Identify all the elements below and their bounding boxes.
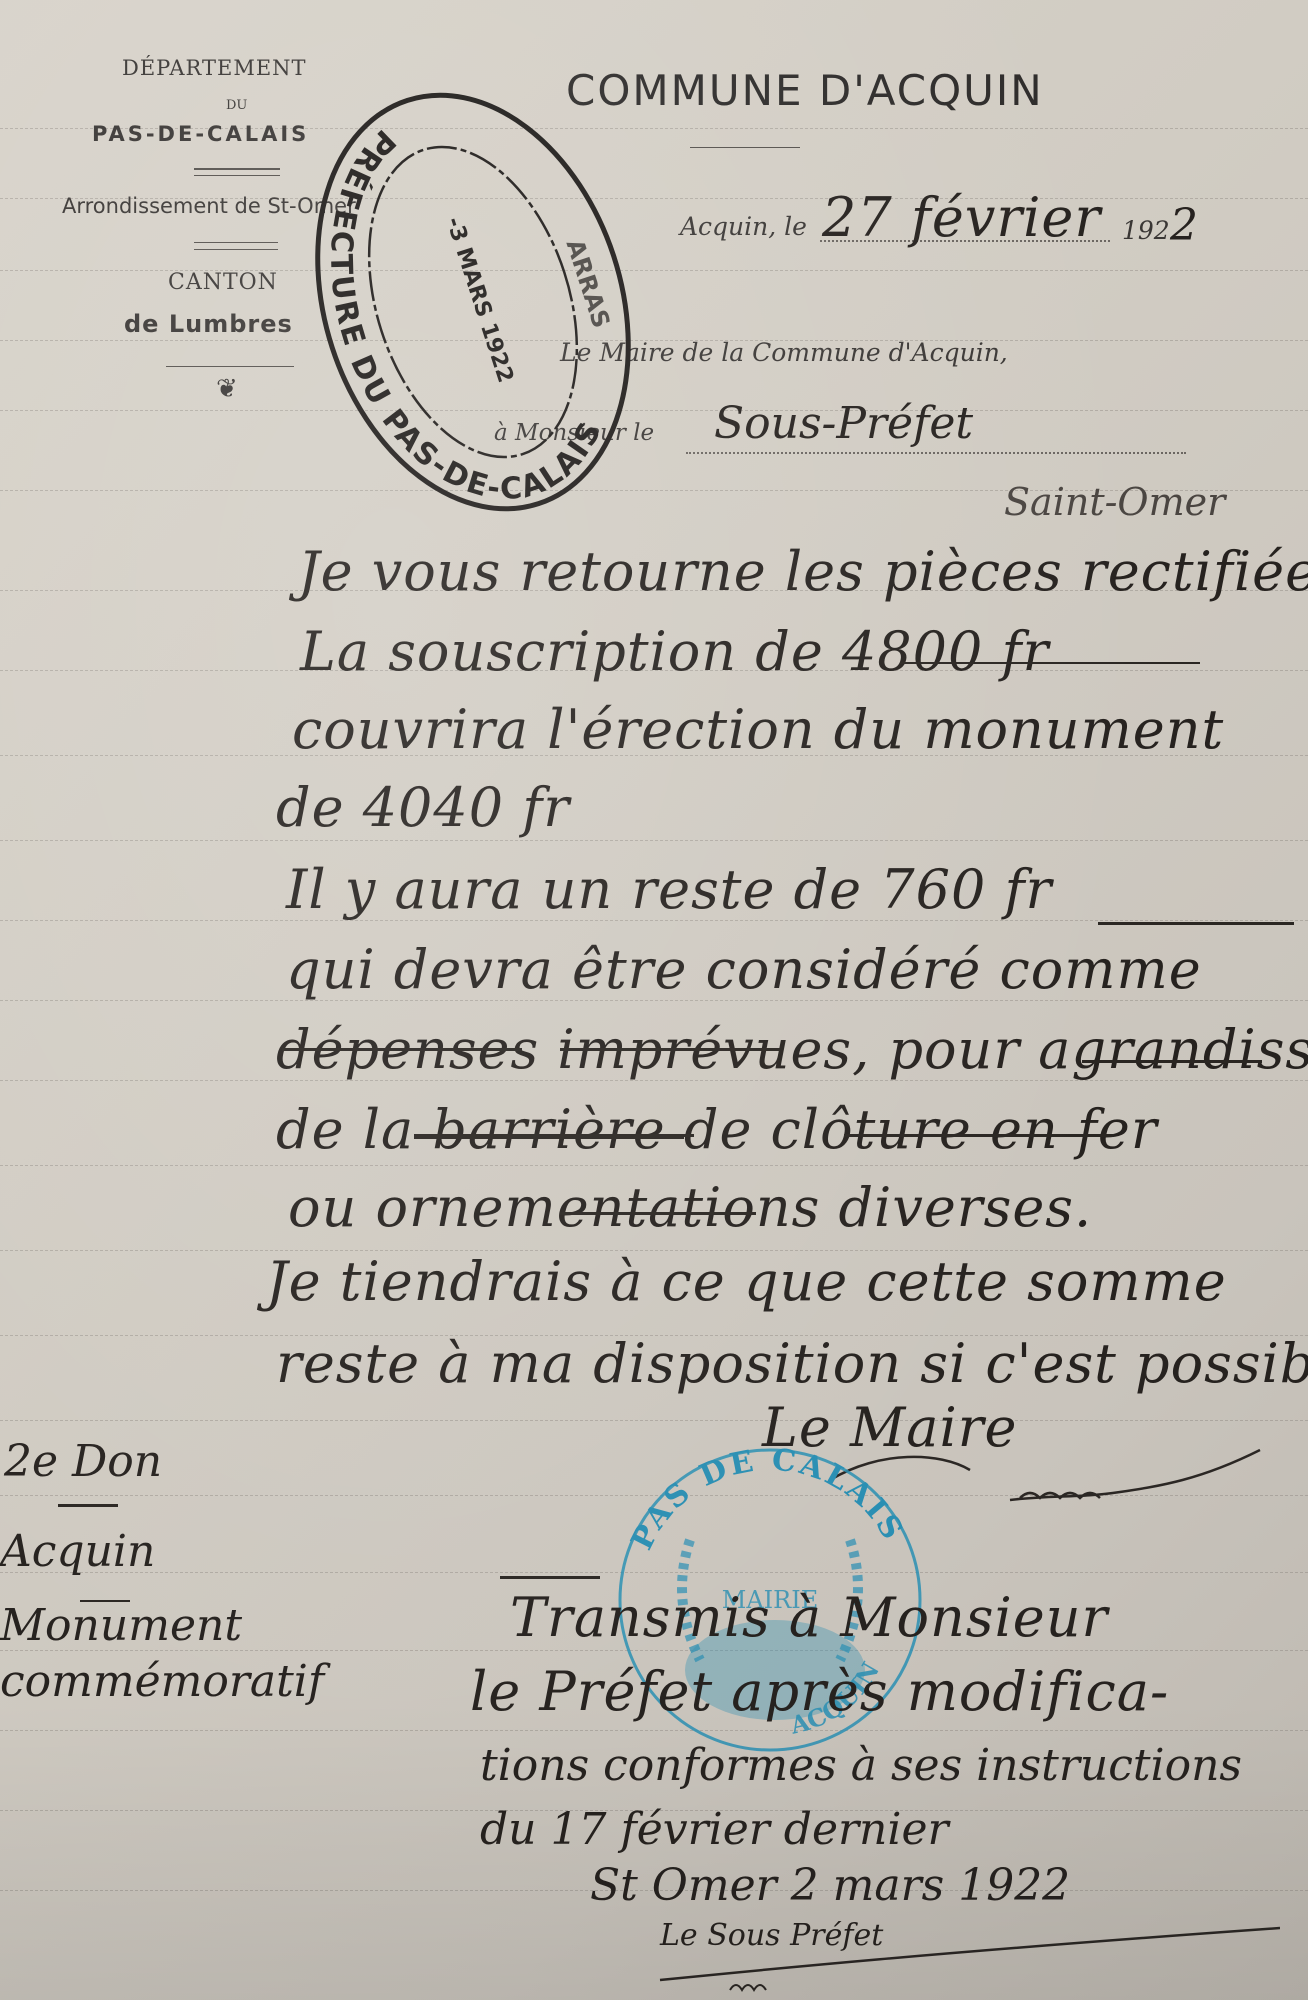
annotation-line-3: tions conformes à ses instructions — [480, 1740, 1242, 1791]
underline — [844, 1134, 1114, 1137]
dotted-line — [686, 452, 1186, 454]
commune-title: COMMUNE D'ACQUIN — [566, 66, 1044, 115]
year-suffix: 2 — [1170, 200, 1198, 251]
body-line-11: reste à ma disposition si c'est possible — [276, 1332, 1308, 1395]
annotation-line-1: Transmis à Monsieur — [510, 1586, 1108, 1649]
body-line-4: de 4040 fr — [276, 776, 570, 839]
underline — [414, 1136, 684, 1139]
title-ornament — [690, 147, 800, 148]
underline — [1098, 922, 1294, 925]
underline — [80, 1600, 130, 1602]
underline — [560, 1048, 780, 1051]
body-line-6: qui devra être considéré comme — [286, 938, 1202, 1001]
svg-text:-3 MARS 1922: -3 MARS 1922 — [441, 214, 518, 386]
divider — [194, 249, 278, 250]
annotation-line-2: le Préfet après modifica- — [470, 1660, 1169, 1723]
prefecture-stamp: PRÉFECTURE DU PAS-DE-CALAIS -3 MARS 1922… — [258, 45, 689, 559]
canton-label: CANTON — [168, 270, 278, 295]
body-line-5: Il y aura un reste de 760 fr — [286, 858, 1052, 921]
departement-label: DÉPARTEMENT — [122, 56, 307, 80]
divider — [194, 175, 280, 176]
to-handwritten: Sous-Préfet — [714, 398, 973, 449]
document-page: DÉPARTEMENT DU PAS-DE-CALAIS Arrondissem… — [0, 0, 1308, 2000]
body-line-9: ou ornementations diverses. — [288, 1176, 1092, 1239]
body-line-1: Je vous retourne les pièces rectifiées — [298, 540, 1308, 603]
underline — [282, 1048, 522, 1051]
ruled-line — [0, 1420, 1308, 1421]
ruled-line — [0, 1165, 1308, 1166]
lumbres-label: de Lumbres — [124, 310, 293, 338]
margin-note-line-4: commémoratif — [0, 1656, 324, 1707]
subprefect-signature-icon — [640, 1900, 1280, 2000]
underline — [560, 1212, 756, 1215]
annotation-line-4: du 17 février dernier — [480, 1804, 949, 1855]
underline — [1082, 1060, 1262, 1063]
year-prefix: 192 — [1122, 216, 1170, 245]
dateline-prefix: Acquin, le — [680, 212, 807, 241]
ruled-line — [0, 840, 1308, 841]
divider — [194, 242, 278, 243]
body-line-10: Je tiendrais à ce que cette somme — [266, 1250, 1227, 1313]
prefecture-stamp-icon: PRÉFECTURE DU PAS-DE-CALAIS -3 MARS 1922… — [258, 45, 689, 559]
underline — [58, 1504, 118, 1507]
ornament-icon: ❦ — [216, 374, 238, 404]
du-label: DU — [226, 98, 247, 113]
body-line-8: de la barrière de clôture en fer — [276, 1098, 1158, 1161]
margin-note-line-3: Monument — [0, 1600, 242, 1651]
place-handwritten: Saint-Omer — [1004, 480, 1225, 524]
divider — [166, 366, 294, 367]
svg-text:PRÉFECTURE DU PAS-DE-CALAIS: PRÉFECTURE DU PAS-DE-CALAIS — [275, 84, 623, 546]
body-line-2: La souscription de 4800 fr — [300, 620, 1049, 683]
margin-note-line-1: 2e Don — [4, 1436, 162, 1487]
margin-note-line-2: Acquin — [0, 1526, 155, 1577]
svg-text:PAS DE CALAIS: PAS DE CALAIS — [625, 1442, 911, 1555]
handwritten-date: 27 février — [822, 186, 1101, 249]
underline — [900, 662, 1200, 664]
underline — [500, 1576, 600, 1579]
body-line-3: couvrira l'érection du monument — [292, 698, 1224, 761]
